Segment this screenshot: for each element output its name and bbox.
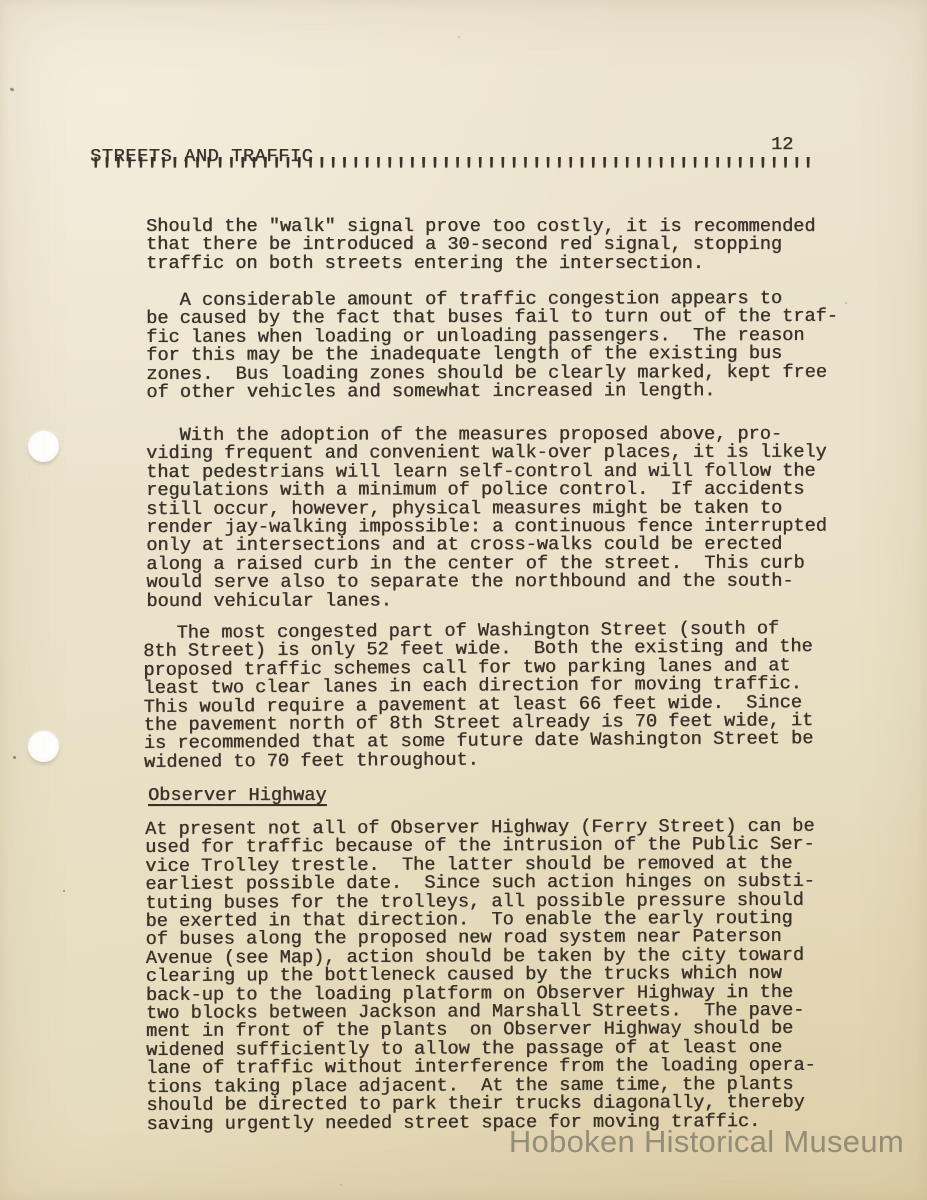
paper-speck <box>340 1184 342 1186</box>
section-heading-observer-highway: Observer Highway <box>148 787 327 805</box>
paragraph-bus-zones: A considerable amount of traffic congest… <box>146 290 886 403</box>
document-body: Should the "walk" signal prove too costl… <box>146 218 886 1134</box>
paragraph-jay-walking: With the adoption of the measures propos… <box>146 425 886 611</box>
paragraph-observer-highway: At present not all of Observer Highway (… <box>145 818 888 1135</box>
hole-punch-bottom <box>28 731 59 762</box>
paper-speck <box>458 36 460 38</box>
paper-speck <box>63 890 65 892</box>
header-tick-rule: ''''''''''''''''''''''''''''''''''''''''… <box>90 158 814 190</box>
document-page: STREETS AND TRAFFIC 12 '''''''''''''''''… <box>0 0 927 1200</box>
paper-speck <box>13 756 16 759</box>
watermark-hoboken-historical-museum: Hoboken Historical Museum <box>509 1124 904 1160</box>
page-number: 12 <box>771 134 793 155</box>
paragraph-washington-street: The most congested part of Washington St… <box>143 619 887 772</box>
hole-punch-top <box>28 431 59 462</box>
paper-speck <box>845 302 847 304</box>
paragraph-walk-signal: Should the "walk" signal prove too costl… <box>146 218 886 273</box>
paper-speck <box>10 87 15 92</box>
